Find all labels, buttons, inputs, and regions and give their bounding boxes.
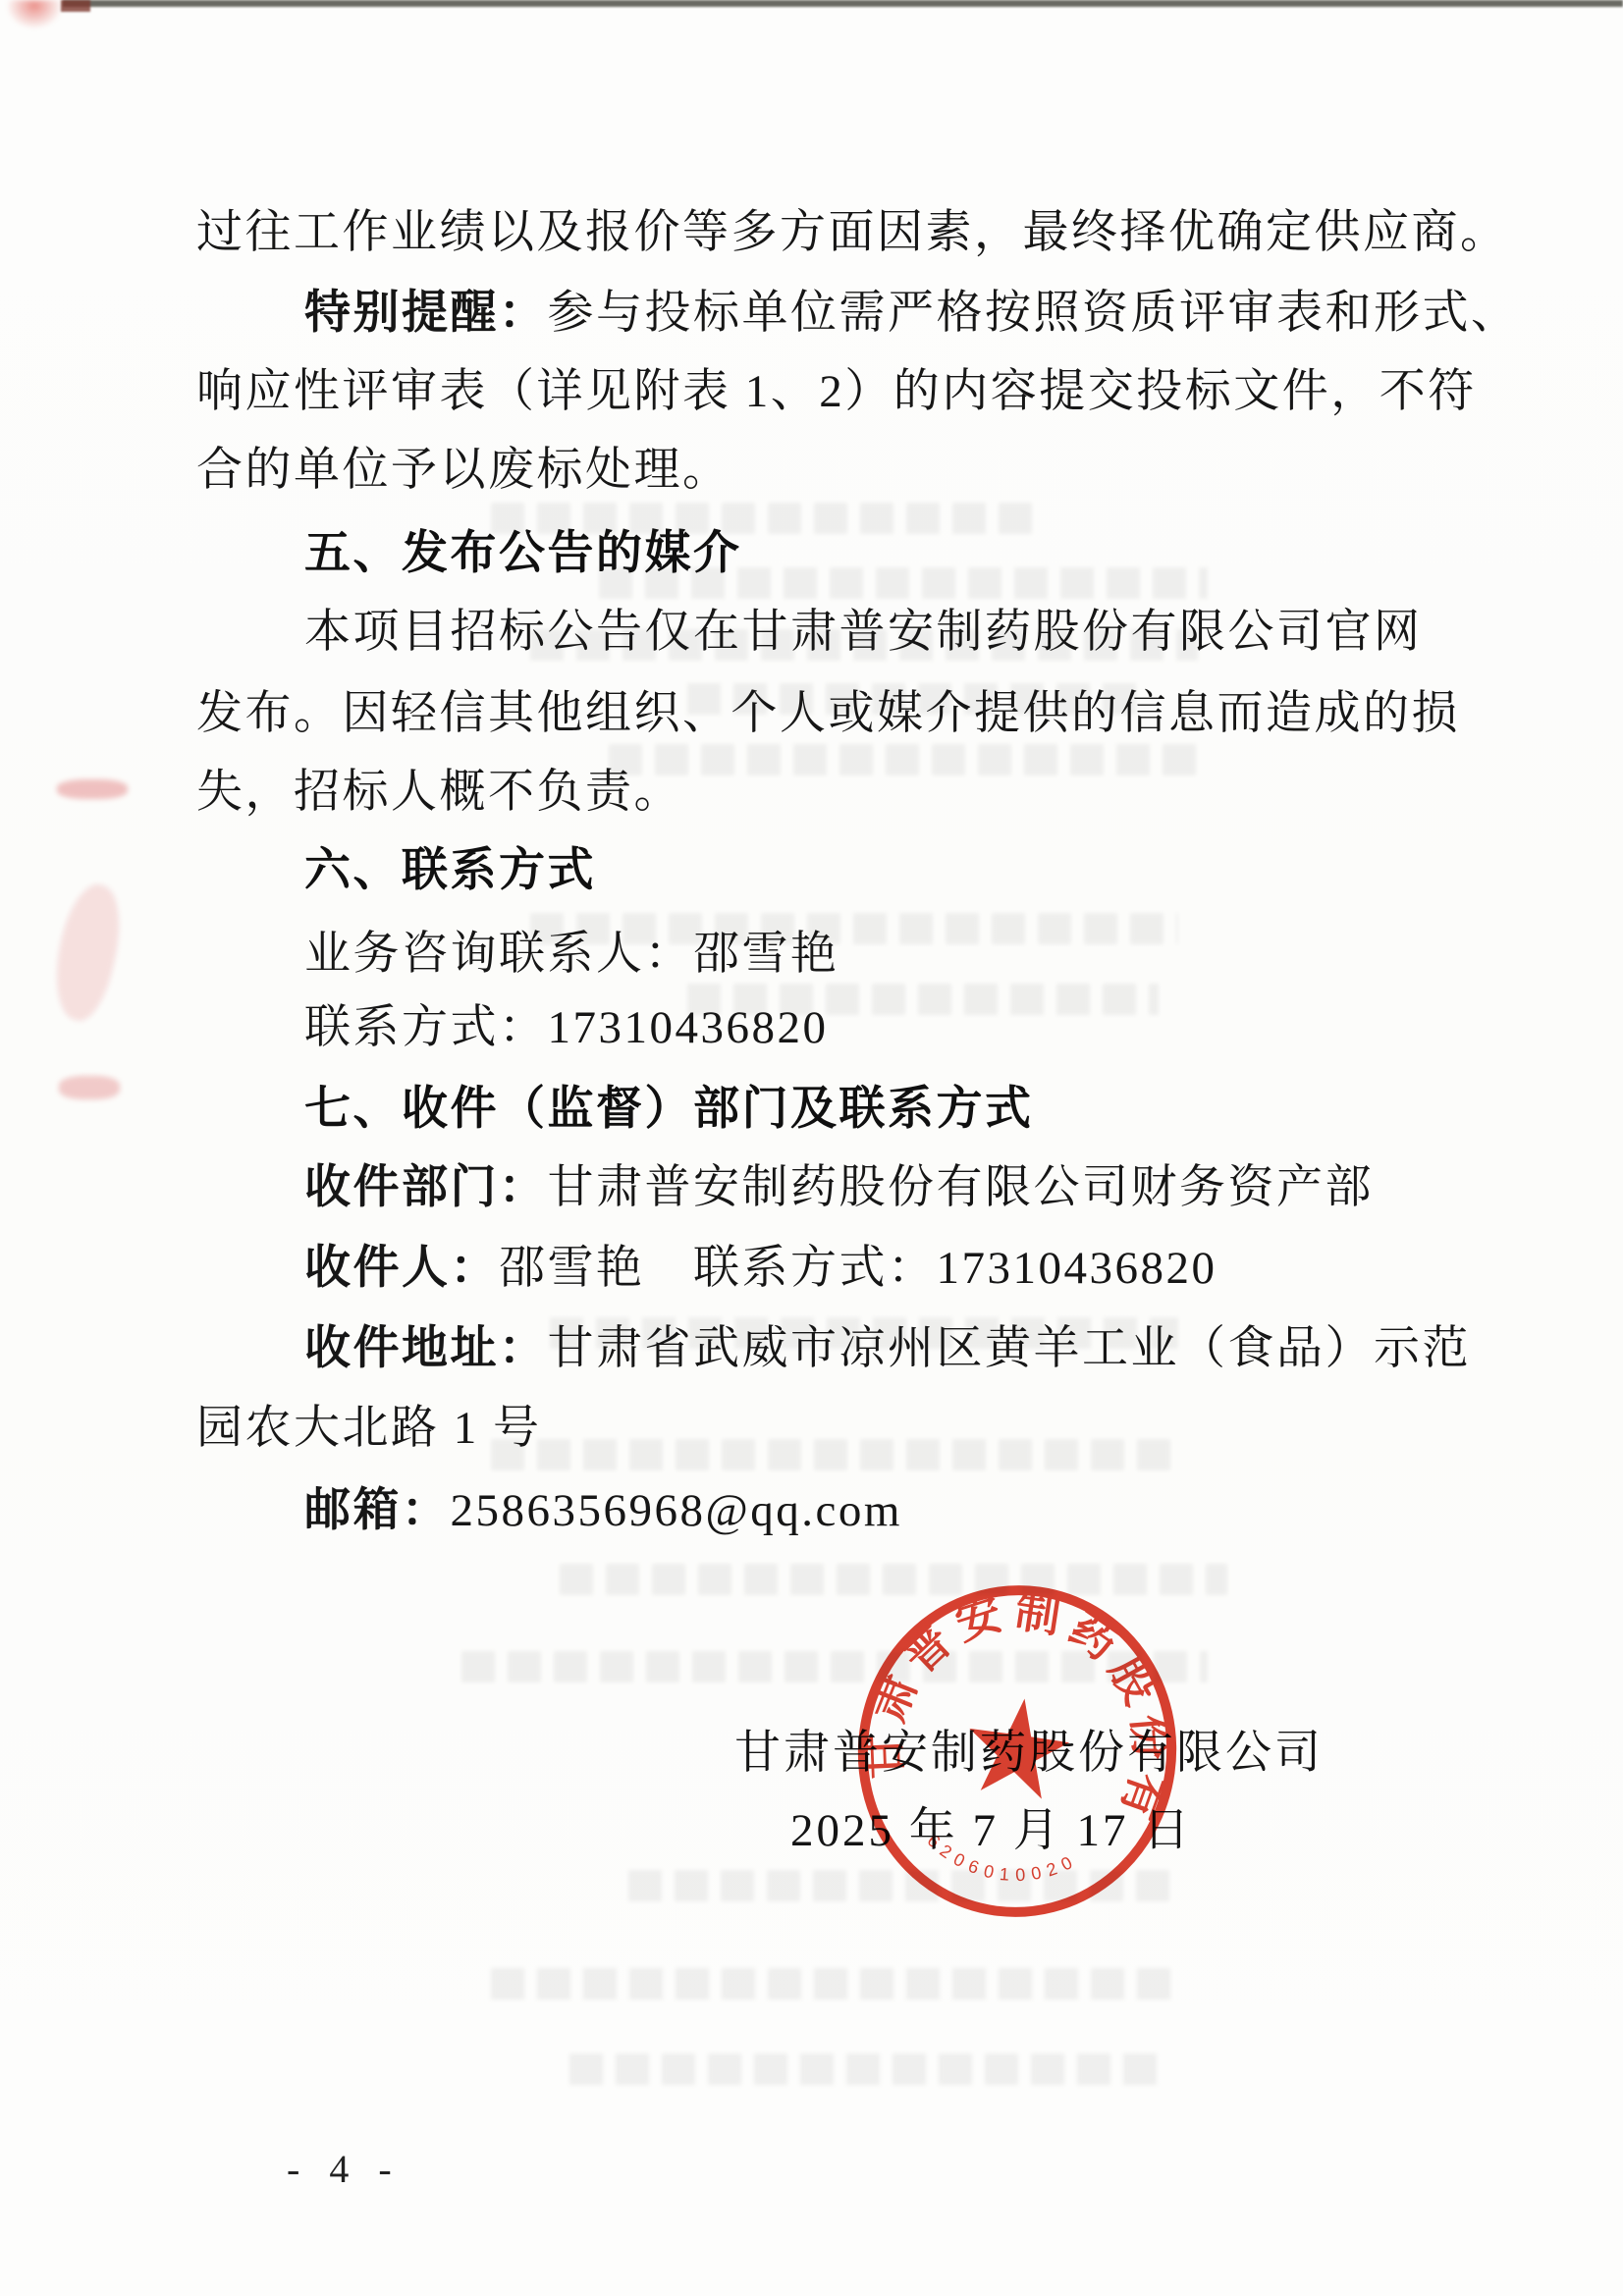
line-text: 联系方式：17310436820 [304,1002,829,1053]
paragraph-line: 特别提醒：参与投标单位需严格按照资质评审表和形式、 [304,276,1520,342]
recipient-label: 收件人： [304,1241,499,1293]
bleed-through-artifact [569,2054,1159,2085]
ink-bleed-mark [59,1076,120,1099]
seal-serial-number: 6206010020 [920,1829,1084,1895]
bleed-through-artifact [491,1968,1178,2000]
line-text: 邵雪艳 联系方式：17310436820 [499,1243,1217,1294]
seal-star-icon [961,1691,1075,1801]
receiving-department-line: 收件部门：甘肃普安制药股份有限公司财务资产部 [304,1150,1374,1216]
scanned-document-page: 过往工作业绩以及报价等多方面因素，最终择优确定供应商。 特别提醒：参与投标单位需… [0,0,1623,2296]
bleed-through-artifact [491,1439,1178,1470]
line-text: 甘肃省武威市凉州区黄羊工业（食品）示范 [548,1323,1472,1374]
line-text: 过往工作业绩以及报价等多方面因素，最终择优确定供应商。 [196,207,1509,258]
seal-ring-text: 甘肃普安制药股份有限公司 [846,1578,1188,1827]
line-text: 业务咨询联系人：邵雪艳 [304,929,839,980]
recipient-line: 收件人：邵雪艳 联系方式：17310436820 [304,1231,1217,1297]
heading-text: 六、联系方式 [304,843,596,895]
page-number: - 4 - [287,2146,402,2192]
email-line: 邮箱：2586356968@qq.com [304,1473,902,1539]
ink-bleed-mark [43,879,132,1026]
line-text: 甘肃普安制药股份有限公司财务资产部 [548,1162,1375,1213]
line-text: 合的单位予以废标处理。 [196,445,731,496]
paragraph-line: 失，招标人概不负责。 [196,755,682,821]
bleed-through-artifact [609,744,1198,775]
heading-text: 七、收件（监督）部门及联系方式 [304,1082,1034,1134]
heading-text: 五、发布公告的媒介 [304,526,742,578]
special-reminder-label: 特别提醒： [304,286,548,338]
section-heading-5: 五、发布公告的媒介 [304,516,742,582]
address-line-2: 园农大北路 1 号 [196,1391,542,1457]
paragraph-line: 发布。因轻信其他组织、个人或媒介提供的信息而造成的损 [196,676,1460,742]
email-label: 邮箱： [304,1483,451,1535]
receiving-department-label: 收件部门： [304,1160,548,1212]
line-text: 本项目招标公告仅在甘肃普安制药股份有限公司官网 [304,607,1423,658]
line-text: 2586356968@qq.com [451,1485,902,1536]
contact-phone-line: 联系方式：17310436820 [304,990,829,1056]
paragraph-line: 过往工作业绩以及报价等多方面因素，最终择优确定供应商。 [196,195,1509,261]
line-text: 响应性评审表（详见附表 1、2）的内容提交投标文件，不符 [196,366,1477,417]
paragraph-line: 响应性评审表（详见附表 1、2）的内容提交投标文件，不符 [196,354,1477,420]
scan-corner-artifact [61,0,90,12]
scan-red-smudge [6,0,63,29]
address-line: 收件地址：甘肃省武威市凉州区黄羊工业（食品）示范 [304,1311,1471,1377]
ink-bleed-mark [57,779,128,799]
line-text: 失，招标人概不负责。 [196,767,682,818]
line-text: 园农大北路 1 号 [196,1403,542,1454]
section-heading-6: 六、联系方式 [304,833,596,899]
contact-person-line: 业务咨询联系人：邵雪艳 [304,917,839,983]
line-text: 发布。因轻信其他组织、个人或媒介提供的信息而造成的损 [196,688,1460,739]
company-seal: 甘肃普安制药股份有限公司 6206010020 [846,1578,1188,1924]
section-heading-7: 七、收件（监督）部门及联系方式 [304,1072,1034,1138]
scan-edge-artifact [63,0,1623,7]
paragraph-line: 本项目招标公告仅在甘肃普安制药股份有限公司官网 [304,595,1423,661]
paragraph-line: 合的单位予以废标处理。 [196,433,731,499]
address-label: 收件地址： [304,1321,548,1373]
line-text: 参与投标单位需严格按照资质评审表和形式、 [548,288,1520,339]
